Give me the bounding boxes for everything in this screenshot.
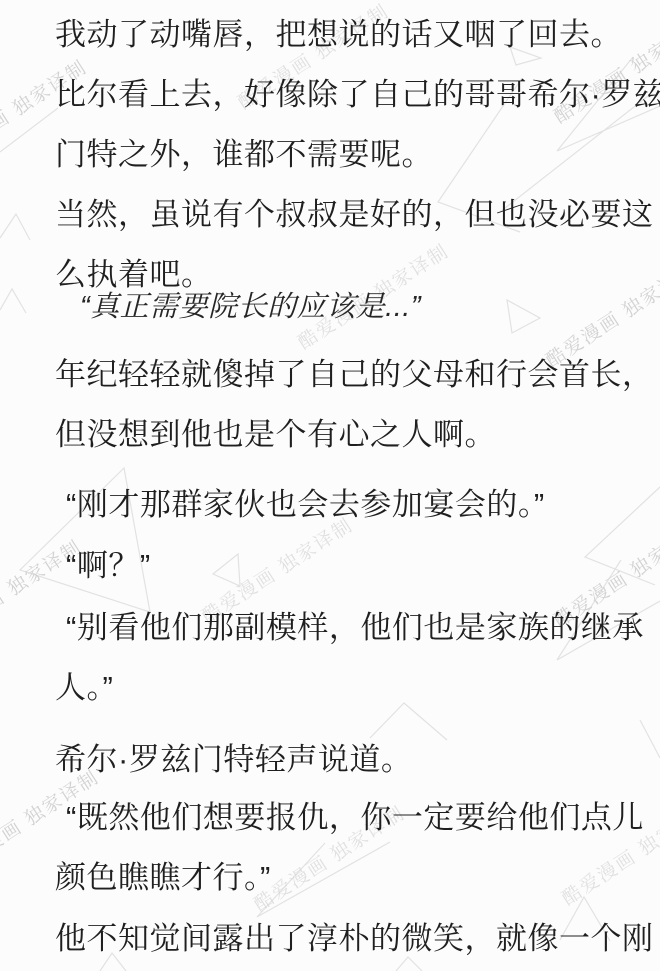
text-line-13: 希尔·罗兹门特轻声说道。 bbox=[55, 742, 412, 778]
text-line-3: 门特之外，谁都不需要呢。 bbox=[55, 137, 433, 173]
watermark-text: 酷爱漫画 独家译制 bbox=[540, 255, 660, 373]
watermark-line bbox=[500, 96, 648, 212]
watermark-triangle-icon bbox=[507, 300, 540, 333]
watermark-triangle-icon bbox=[0, 289, 26, 313]
text-line-9-dialogue: “刚才那群家伙也会去参加宴会的。” bbox=[66, 487, 545, 523]
text-line-2: 比尔看上去，好像除了自己的哥哥希尔·罗兹 bbox=[55, 77, 660, 113]
novel-reader-page: 酷爱漫画 独家译制 酷爱漫画 独家译制 酷爱漫画 独家译制 酷爱漫画 独家译制 … bbox=[0, 0, 660, 971]
text-line-14-dialogue: “既然他们想要报仇，你一定要给他们点儿 bbox=[66, 800, 644, 836]
text-line-1: 我动了动嘴唇，把想说的话又咽了回去。 bbox=[55, 17, 622, 53]
watermark-triangle-icon bbox=[257, 842, 390, 917]
watermark-line bbox=[0, 108, 58, 152]
watermark-triangle-icon bbox=[585, 487, 660, 585]
text-line-4: 当然，虽说有个叔叔是好的，但也没必要这 bbox=[55, 197, 654, 233]
text-line-6-inner-thought: “真正需要院长的应该是...” bbox=[80, 291, 421, 324]
text-line-16: 他不知觉间露出了淳朴的微笑，就像一个刚 bbox=[55, 921, 654, 957]
text-line-11-dialogue: “别看他们那副模样，他们也是家族的继承 bbox=[66, 610, 644, 646]
watermark-triangle-icon bbox=[0, 214, 30, 240]
watermark-triangle-icon bbox=[370, 703, 447, 740]
text-line-12: 人。” bbox=[55, 670, 113, 706]
text-line-5: 么执着吧。 bbox=[55, 257, 213, 293]
text-line-15: 颜色瞧瞧才行。” bbox=[55, 860, 271, 896]
watermark-line bbox=[640, 720, 660, 758]
watermark-triangle-icon bbox=[396, 957, 422, 971]
text-line-7: 年纪轻轻就傻掉了自己的父母和行会首长， bbox=[55, 357, 654, 393]
watermark-triangle-icon bbox=[213, 554, 240, 586]
text-line-8: 但没想到他也是个有心之人啊。 bbox=[55, 417, 496, 453]
text-line-10-dialogue: “啊？” bbox=[66, 548, 151, 584]
